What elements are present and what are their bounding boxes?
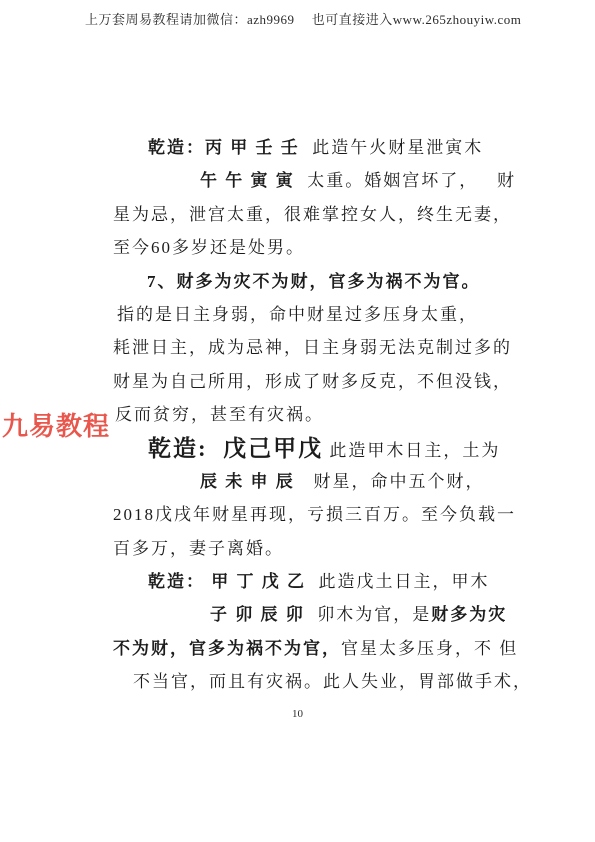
text-segment: 乾造： 甲 丁 戊 乙 [148,572,306,591]
text-line: 财星为自己所用，形成了财多反克，不但没钱， [0,365,595,398]
text-line: 指的是日主身弱，命中财星过多压身太重， [0,298,595,331]
text-line: 至今60多岁还是处男。 [0,231,595,264]
text-segment: 百多万，妻子离婚。 [113,539,284,558]
text-line: 辰 未 申 辰 财星，命中五个财， [0,465,595,498]
text-segment: 子 卯 辰 卯 [210,605,305,624]
text-segment: 2018戊戌年财星再现，亏损三百万。至今负载一 [113,505,516,524]
text-segment: 不当官，而且有灾祸。此人失业，胃部做手术， [133,672,532,691]
page-number: 10 [0,708,595,720]
text-line: 星为忌，泄宫太重，很难掌控女人，终生无妻， [0,198,595,231]
text-line: 午 午 寅 寅 太重。婚姻宫坏了， 财 [0,164,595,197]
text-segment: 至今60多岁还是处男。 [113,238,305,257]
text-segment: 耗泄日主，成为忌神，日主身弱无法克制过多的 [113,338,512,357]
text-segment: 财星，命中五个财， [295,472,485,491]
text-line: 百多万，妻子离婚。 [0,532,595,565]
text-line: 反而贫穷，甚至有灾祸。 [0,398,595,431]
text-line: 耗泄日主，成为忌神，日主身弱无法克制过多的 [0,331,595,364]
text-segment: 财多为灾 [431,605,507,624]
header-contact-note: 上万套周易教程请加微信：azh9969 也可直接进入www.265zhouyiw… [85,9,521,28]
text-segment: 官星太多压身，不 但 [341,639,518,658]
text-segment: 反而贫穷，甚至有灾祸。 [115,405,324,424]
text-segment: 此造戊土日主，甲木 [306,572,490,591]
text-line: 子 卯 辰 卯 卯木为官，是财多为灾 [0,598,595,631]
text-line: 乾造: 戊己甲戊 此造甲木日主，土为 [0,432,595,465]
document-body: 乾造：丙 甲 壬 壬 此造午火财星泄寅木午 午 寅 寅 太重。婚姻宫坏了， 财星… [0,131,595,699]
text-segment: 7、财多为灾不为财，官多为祸不为官。 [147,272,481,291]
text-line: 不当官，而且有灾祸。此人失业，胃部做手术， [0,665,595,698]
text-segment: 此造午火财星泄寅木 [300,138,484,157]
text-line: 7、财多为灾不为财，官多为祸不为官。 [0,265,595,298]
text-segment: 午 午 寅 寅 [200,171,295,190]
text-segment: 乾造：丙 甲 壬 壬 [148,138,300,157]
text-segment: 此造甲木日主，土为 [323,441,500,460]
text-segment: 太重。婚姻宫坏了， 财 [295,171,516,190]
text-line: 不为财，官多为祸不为官，官星太多压身，不 但 [0,632,595,665]
document-page: 上万套周易教程请加微信：azh9969 也可直接进入www.265zhouyiw… [0,0,595,842]
text-segment: 星为忌，泄宫太重，很难掌控女人，终生无妻， [113,205,512,224]
text-line: 乾造： 甲 丁 戊 乙 此造戊土日主，甲木 [0,565,595,598]
text-segment: 不为财，官多为祸不为官， [113,639,341,658]
text-line: 2018戊戌年财星再现，亏损三百万。至今负载一 [0,498,595,531]
text-segment: 乾造: 戊己甲戊 [148,436,323,461]
text-line: 乾造：丙 甲 壬 壬 此造午火财星泄寅木 [0,131,595,164]
text-segment: 指的是日主身弱，命中财星过多压身太重， [117,305,478,324]
text-segment: 卯木为官，是 [305,605,432,624]
text-segment: 财星为自己所用，形成了财多反克，不但没钱， [113,372,512,391]
text-segment: 辰 未 申 辰 [200,472,295,491]
